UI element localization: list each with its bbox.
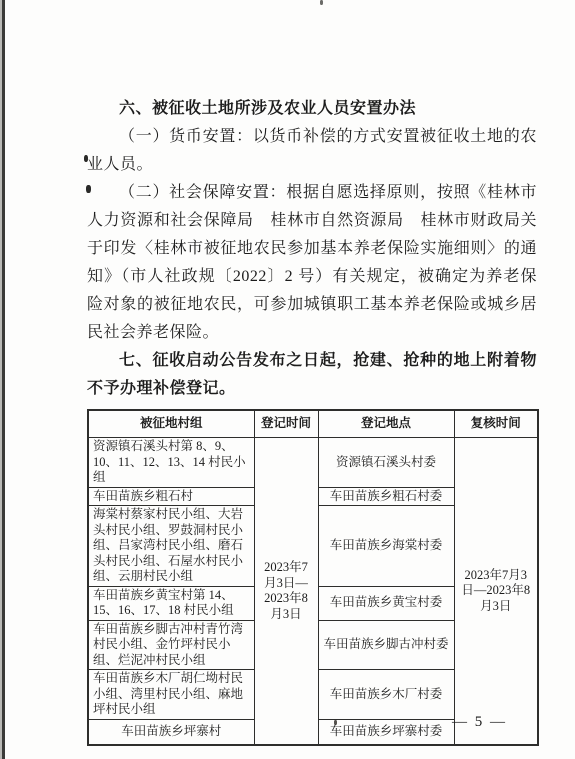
table-header-row: 被征地村组 登记时间 登记地点 复核时间 <box>88 410 538 438</box>
registration-time-cell: 2023年7月3日—2023年8月3日 <box>254 438 318 746</box>
registration-location-cell: 车田苗族乡黄宝村委 <box>318 586 454 620</box>
document-body: 六、被征收土地所涉及农业人员安置办法 （一）货币安置：以货币补偿的方式安置被征收… <box>87 95 537 746</box>
document-page: 六、被征收土地所涉及农业人员安置办法 （一）货币安置：以货币补偿的方式安置被征收… <box>0 0 575 759</box>
registration-location-cell: 车田苗族乡坪寨村委 <box>318 719 454 745</box>
registration-location-cell: 资源镇石溪头村委 <box>318 438 454 488</box>
header-registration-location: 登记地点 <box>318 410 454 438</box>
paragraph-social-security-resettlement: （二）社会保障安置：根据自愿选择原则，按照《桂林市人力资源和社会保障局 桂林市自… <box>87 179 537 347</box>
registration-location-cell: 车田苗族乡海棠村委 <box>318 506 454 587</box>
ink-speck <box>320 0 323 5</box>
scan-edge-dark-line <box>2 0 5 759</box>
registration-schedule-table: 被征地村组 登记时间 登记地点 复核时间 资源镇石溪头村第 8、9、10、11、… <box>87 409 539 746</box>
section-heading-six: 六、被征收土地所涉及农业人员安置办法 <box>87 95 537 123</box>
header-village-group: 被征地村组 <box>88 410 254 438</box>
paragraph-monetary-resettlement: （一）货币安置：以货币补偿的方式安置被征收土地的农业人员。 <box>87 123 537 179</box>
village-group-cell: 车田苗族乡坪寨村 <box>88 719 254 745</box>
village-group-cell: 车田苗族乡黄宝村第 14、15、16、17、18 村民小组 <box>88 586 254 620</box>
village-group-cell: 车田苗族乡木厂胡仁坳村民小组、湾里村民小组、麻地坪村民小组 <box>88 670 254 720</box>
registration-location-cell: 车田苗族乡木厂村委 <box>318 670 454 720</box>
registration-location-cell: 车田苗族乡脚古冲村委 <box>318 620 454 670</box>
review-time-cell: 2023年7月3日—2023年8月3日 <box>454 438 538 746</box>
village-group-cell: 车田苗族乡脚古冲村青竹湾村民小组、金竹坪村民小组、烂泥冲村民小组 <box>88 620 254 670</box>
header-review-time: 复核时间 <box>454 410 538 438</box>
page-number: — 5 — <box>452 714 507 731</box>
village-group-cell: 车田苗族乡粗石村 <box>88 487 254 506</box>
header-registration-time: 登记时间 <box>254 410 318 438</box>
village-group-cell: 海棠村蔡家村民小组、大岩头村民小组、罗鼓洞村民小组、吕家湾村民小组、磨石头村民小… <box>88 506 254 587</box>
table-row: 资源镇石溪头村第 8、9、10、11、12、13、14 村民小组 2023年7月… <box>88 438 538 488</box>
section-heading-seven: 七、征收启动公告发布之日起，抢建、抢种的地上附着物不予办理补偿登记。 <box>87 347 537 403</box>
village-group-cell: 资源镇石溪头村第 8、9、10、11、12、13、14 村民小组 <box>88 438 254 488</box>
registration-location-cell: 车田苗族乡粗石村委 <box>318 487 454 506</box>
